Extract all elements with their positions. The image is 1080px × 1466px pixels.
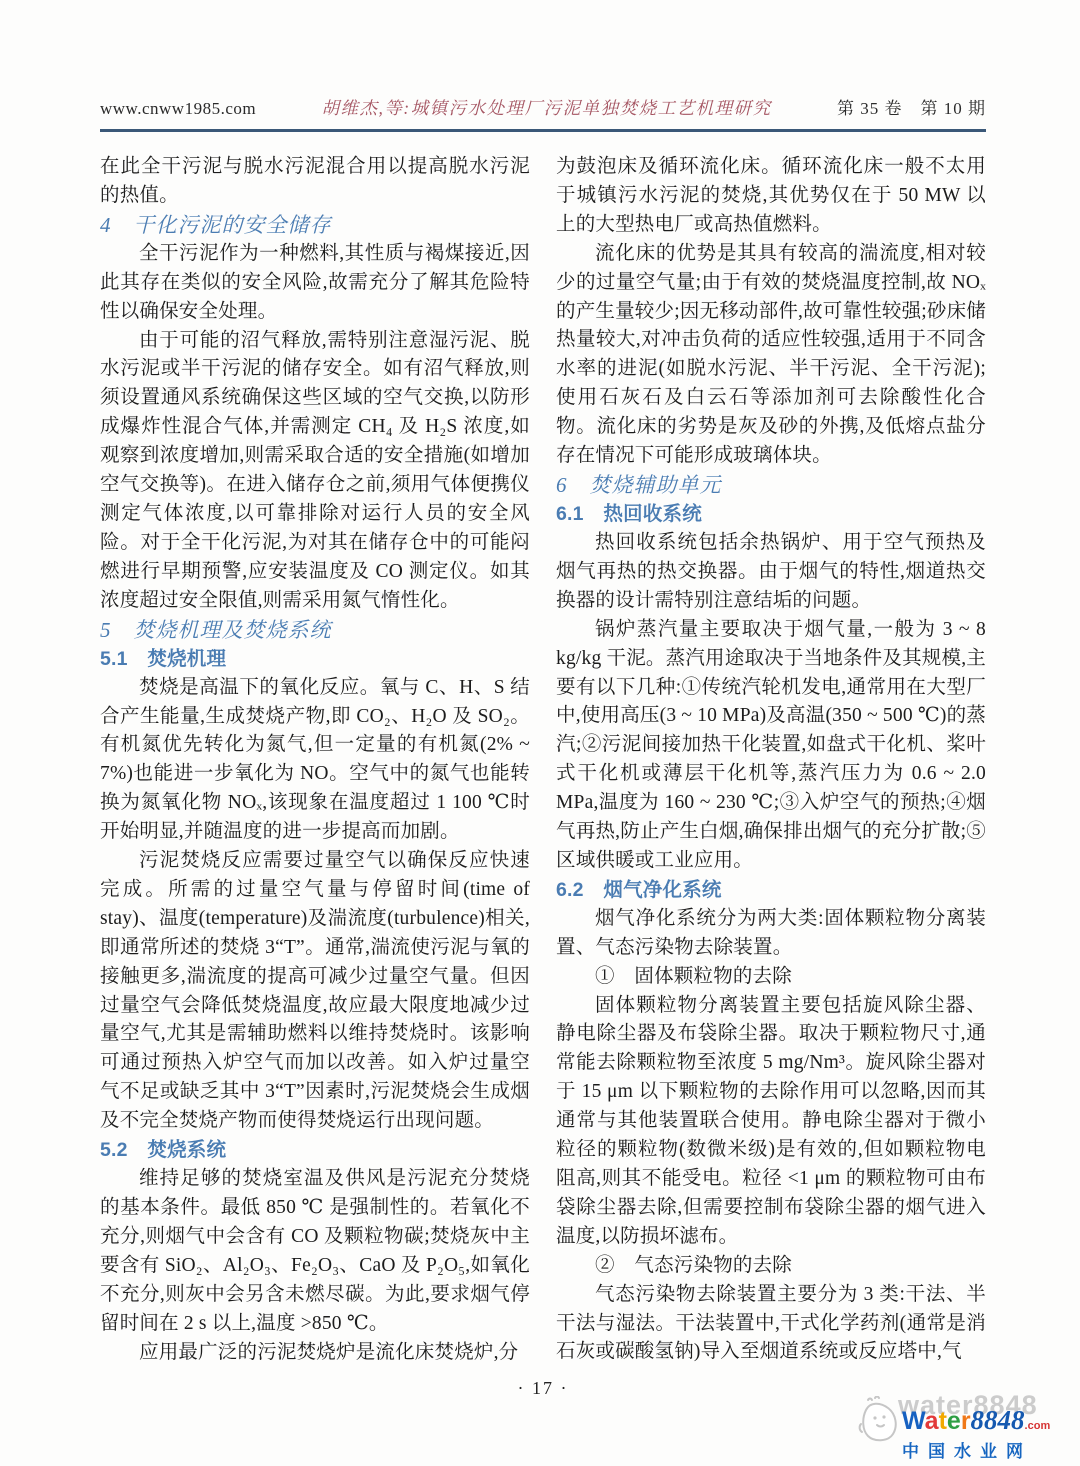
list-item-2-heading: ② 气态污染物的去除 [556, 1252, 986, 1281]
watermark-site-name: 中国水业网 [902, 1437, 1032, 1462]
paragraph: 烟气净化系统分为两大类:固体颗粒物分离装置、气态污染物去除装置。 [556, 905, 986, 963]
paragraph: 为鼓泡床及循环流化床。循环流化床一般不太用于城镇污水污泥的焚烧,其优势仅在于 5… [556, 153, 986, 240]
paragraph: 锅炉蒸汽量主要取决于烟气量,一般为 3 ~ 8 kg/kg 干泥。蒸汽用途取决于… [556, 616, 986, 876]
paragraph: 固体颗粒物分离装置主要包括旋风除尘器、静电除尘器及布袋除尘器。取决于颗粒物尺寸,… [556, 992, 986, 1252]
paragraph: 应用最广泛的污泥焚烧炉是流化床焚烧炉,分 [100, 1339, 530, 1368]
logo-letter: a [925, 1407, 939, 1435]
subsection-heading-5-2: 5.2 焚烧系统 [100, 1136, 530, 1165]
page-number: · 17 · [100, 1378, 986, 1399]
logo-letter: t [939, 1407, 947, 1435]
subsection-heading-6-1: 6.1 热回收系统 [556, 500, 986, 529]
running-article-title: 胡维杰,等:城镇污水处理厂污泥单独焚烧工艺机理研究 [321, 97, 771, 119]
water8848-watermark: water8848 Water8848.com 中国水业网 [858, 1390, 1076, 1462]
section-heading-6: 6 焚烧辅助单元 [556, 471, 986, 500]
mascot-ghost-icon [858, 1396, 900, 1446]
logo-letter: r [961, 1407, 971, 1435]
subsection-heading-6-2: 6.2 烟气净化系统 [556, 876, 986, 905]
water8848-logo: Water8848.com [902, 1405, 1050, 1436]
header-divider-rule [100, 129, 986, 132]
paragraph: 在此全干污泥与脱水污泥混合用以提高脱水污泥的热值。 [100, 153, 530, 211]
right-column: 为鼓泡床及循环流化床。循环流化床一般不太用于城镇污水污泥的焚烧,其优势仅在于 5… [556, 153, 986, 1369]
two-column-body: 在此全干污泥与脱水污泥混合用以提高脱水污泥的热值。 4 干化污泥的安全储存 全干… [100, 153, 986, 1369]
paragraph: 流化床的优势是其具有较高的湍流度,相对较少的过量空气量;由于有效的焚烧温度控制,… [556, 240, 986, 471]
left-column: 在此全干污泥与脱水污泥混合用以提高脱水污泥的热值。 4 干化污泥的安全储存 全干… [100, 153, 530, 1369]
scanned-paper-page: www.cnww1985.com 胡维杰,等:城镇污水处理厂污泥单独焚烧工艺机理… [0, 0, 1080, 1466]
paragraph: 污泥焚烧反应需要过量空气以确保反应快速完成。所需的过量空气量与停留时间(time… [100, 847, 530, 1136]
logo-domain-suffix: .com [1025, 1420, 1051, 1432]
paragraph: 全干污泥作为一种燃料,其性质与褐煤接近,因此其存在类似的安全风险,故需充分了解其… [100, 240, 530, 327]
logo-letter: e [947, 1407, 961, 1435]
logo-letter: W [902, 1407, 925, 1435]
logo-digits: 8848 [971, 1405, 1025, 1435]
paragraph: 焚烧是高温下的氧化反应。氧与 C、H、S 结合产生能量,生成焚烧产物,即 CO₂… [100, 674, 530, 847]
subsection-heading-5-1: 5.1 焚烧机理 [100, 645, 530, 674]
section-heading-4: 4 干化污泥的安全储存 [100, 211, 530, 240]
journal-site-url: www.cnww1985.com [100, 98, 256, 120]
paragraph: 气态污染物去除装置主要分为 3 类:干法、半干法与湿法。干法装置中,干式化学药剂… [556, 1281, 986, 1368]
running-header: www.cnww1985.com 胡维杰,等:城镇污水处理厂污泥单独焚烧工艺机理… [100, 97, 986, 120]
section-heading-5: 5 焚烧机理及焚烧系统 [100, 616, 530, 645]
paragraph: 维持足够的焚烧室温及供风是污泥充分焚烧的基本条件。最低 850 ℃ 是强制性的。… [100, 1165, 530, 1338]
page-content: www.cnww1985.com 胡维杰,等:城镇污水处理厂污泥单独焚烧工艺机理… [100, 97, 986, 1369]
list-item-1-heading: ① 固体颗粒物的去除 [556, 963, 986, 992]
volume-issue-label: 第 35 卷 第 10 期 [837, 98, 986, 120]
paragraph: 热回收系统包括余热锅炉、用于空气预热及烟气再热的热交换器。由于烟气的特性,烟道热… [556, 529, 986, 616]
paragraph: 由于可能的沼气释放,需特别注意湿污泥、脱水污泥或半干污泥的储存安全。如有沼气释放… [100, 327, 530, 616]
